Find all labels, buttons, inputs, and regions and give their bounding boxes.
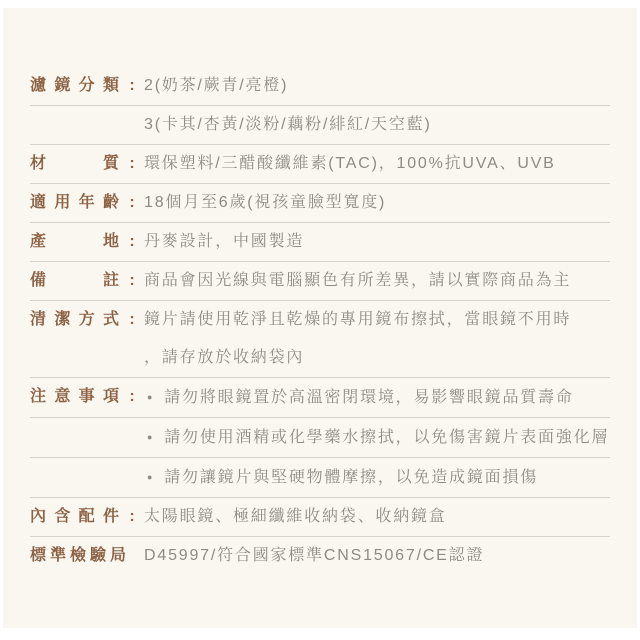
spec-row: 濾鏡分類 : 2(奶茶/蕨青/亮橙): [30, 67, 610, 106]
product-spec-sheet: 濾鏡分類 : 2(奶茶/蕨青/亮橙) 3(卡其/杏黃/淡粉/藕粉/緋紅/天空藍)…: [3, 8, 637, 628]
spec-label: 標準檢驗局: [30, 537, 130, 575]
spec-colon: :: [120, 223, 144, 261]
spec-value: 太陽眼鏡、極細纖維收納袋、收納鏡盒: [144, 498, 610, 536]
spec-colon: :: [120, 498, 144, 536]
spec-value: D45997/符合國家標準CNS15067/CE認證: [144, 537, 610, 575]
spec-label: 材質: [30, 145, 120, 183]
spec-label: 適用年齡: [30, 184, 120, 222]
spec-colon: :: [120, 301, 144, 339]
spec-value: 商品會因光線與電腦顯色有所差異，請以實際商品為主: [144, 262, 610, 300]
spec-value: 環保塑料/三醋酸纖維素(TAC)，100%抗UVA、UVB: [144, 145, 610, 183]
spec-row: 標準檢驗局 D45997/符合國家標準CNS15067/CE認證: [30, 537, 610, 575]
spec-label: 內含配件: [30, 498, 120, 536]
spec-value-text: 丹麥設計，中國製造: [144, 233, 304, 250]
spec-value-line: ●請勿將眼鏡置於高溫密閉環境，易影響眼鏡品質壽命: [144, 378, 610, 417]
spec-label: 注意事項: [30, 378, 120, 416]
spec-value-line: ●請勿使用酒精或化學藥水擦拭，以免傷害鏡片表面強化層: [144, 418, 610, 457]
spec-row: 3(卡其/杏黃/淡粉/藕粉/緋紅/天空藍): [30, 106, 610, 145]
bullet-icon: ●: [147, 378, 154, 416]
spec-label: 清潔方式: [30, 301, 120, 339]
spec-row: 備註 : 商品會因光線與電腦顯色有所差異，請以實際商品為主: [30, 262, 610, 301]
spec-value: 2(奶茶/蕨青/亮橙): [144, 67, 610, 105]
spec-value: 3(卡其/杏黃/淡粉/藕粉/緋紅/天空藍): [144, 106, 610, 144]
spec-value-line: 太陽眼鏡、極細纖維收納袋、收納鏡盒: [144, 498, 610, 536]
spec-row: 清潔方式 : 鏡片請使用乾淨且乾燥的專用鏡布擦拭，當眼鏡不用時，請存放於收納袋內: [30, 301, 610, 378]
spec-table: 濾鏡分類 : 2(奶茶/蕨青/亮橙) 3(卡其/杏黃/淡粉/藕粉/緋紅/天空藍)…: [30, 67, 610, 575]
spec-colon: :: [120, 262, 144, 300]
spec-row: ●請勿使用酒精或化學藥水擦拭，以免傷害鏡片表面強化層: [30, 418, 610, 458]
spec-value-line: 商品會因光線與電腦顯色有所差異，請以實際商品為主: [144, 262, 610, 300]
bullet-icon: ●: [147, 418, 154, 456]
spec-value: 鏡片請使用乾淨且乾燥的專用鏡布擦拭，當眼鏡不用時，請存放於收納袋內: [144, 301, 610, 377]
spec-row: 產地 : 丹麥設計，中國製造: [30, 223, 610, 262]
spec-label: 產地: [30, 223, 120, 261]
spec-label: 備註: [30, 262, 120, 300]
spec-value-text: D45997/符合國家標準CNS15067/CE認證: [144, 547, 484, 564]
spec-value-text: 請勿使用酒精或化學藥水擦拭，以免傷害鏡片表面強化層: [164, 429, 609, 446]
spec-value-text: 請勿讓鏡片與堅硬物體摩擦，以免造成鏡面損傷: [164, 469, 538, 486]
spec-value-text: 請勿將眼鏡置於高溫密閉環境，易影響眼鏡品質壽命: [164, 389, 573, 406]
spec-value-text: ，請存放於收納袋內: [144, 349, 304, 366]
spec-colon: :: [120, 378, 144, 416]
spec-value: ●請勿使用酒精或化學藥水擦拭，以免傷害鏡片表面強化層: [144, 418, 610, 457]
spec-value: ●請勿將眼鏡置於高溫密閉環境，易影響眼鏡品質壽命: [144, 378, 610, 417]
spec-value-text: 太陽眼鏡、極細纖維收納袋、收納鏡盒: [144, 508, 447, 525]
spec-value-line: 丹麥設計，中國製造: [144, 223, 610, 261]
spec-value: 18個月至6歲(視孩童臉型寬度): [144, 184, 610, 222]
spec-value-text: 環保塑料/三醋酸纖維素(TAC)，100%抗UVA、UVB: [144, 155, 556, 172]
spec-row: ●請勿讓鏡片與堅硬物體摩擦，以免造成鏡面損傷: [30, 458, 610, 498]
spec-value-text: 18個月至6歲(視孩童臉型寬度): [144, 194, 386, 211]
spec-value-line: 2(奶茶/蕨青/亮橙): [144, 67, 610, 105]
spec-row: 材質 : 環保塑料/三醋酸纖維素(TAC)，100%抗UVA、UVB: [30, 145, 610, 184]
spec-value-line: ●請勿讓鏡片與堅硬物體摩擦，以免造成鏡面損傷: [144, 458, 610, 497]
spec-row: 注意事項 : ●請勿將眼鏡置於高溫密閉環境，易影響眼鏡品質壽命: [30, 378, 610, 418]
spec-colon: :: [120, 184, 144, 222]
spec-value-line: ，請存放於收納袋內: [144, 339, 610, 377]
spec-value-line: 鏡片請使用乾淨且乾燥的專用鏡布擦拭，當眼鏡不用時: [144, 301, 610, 339]
spec-value: ●請勿讓鏡片與堅硬物體摩擦，以免造成鏡面損傷: [144, 458, 610, 497]
spec-label: 濾鏡分類: [30, 67, 120, 105]
spec-value-line: 環保塑料/三醋酸纖維素(TAC)，100%抗UVA、UVB: [144, 145, 610, 183]
spec-row: 內含配件 : 太陽眼鏡、極細纖維收納袋、收納鏡盒: [30, 498, 610, 537]
spec-row: 適用年齡 : 18個月至6歲(視孩童臉型寬度): [30, 184, 610, 223]
spec-value-text: 鏡片請使用乾淨且乾燥的專用鏡布擦拭，當眼鏡不用時: [144, 311, 571, 328]
spec-value-line: D45997/符合國家標準CNS15067/CE認證: [144, 537, 610, 575]
bullet-icon: ●: [147, 458, 154, 496]
spec-value-line: 3(卡其/杏黃/淡粉/藕粉/緋紅/天空藍): [144, 106, 610, 144]
spec-value-text: 3(卡其/杏黃/淡粉/藕粉/緋紅/天空藍): [144, 116, 432, 133]
spec-colon: :: [120, 67, 144, 105]
spec-value-text: 2(奶茶/蕨青/亮橙): [144, 77, 288, 94]
spec-value-line: 18個月至6歲(視孩童臉型寬度): [144, 184, 610, 222]
spec-value: 丹麥設計，中國製造: [144, 223, 610, 261]
spec-value-text: 商品會因光線與電腦顯色有所差異，請以實際商品為主: [144, 272, 571, 289]
spec-colon: :: [120, 145, 144, 183]
